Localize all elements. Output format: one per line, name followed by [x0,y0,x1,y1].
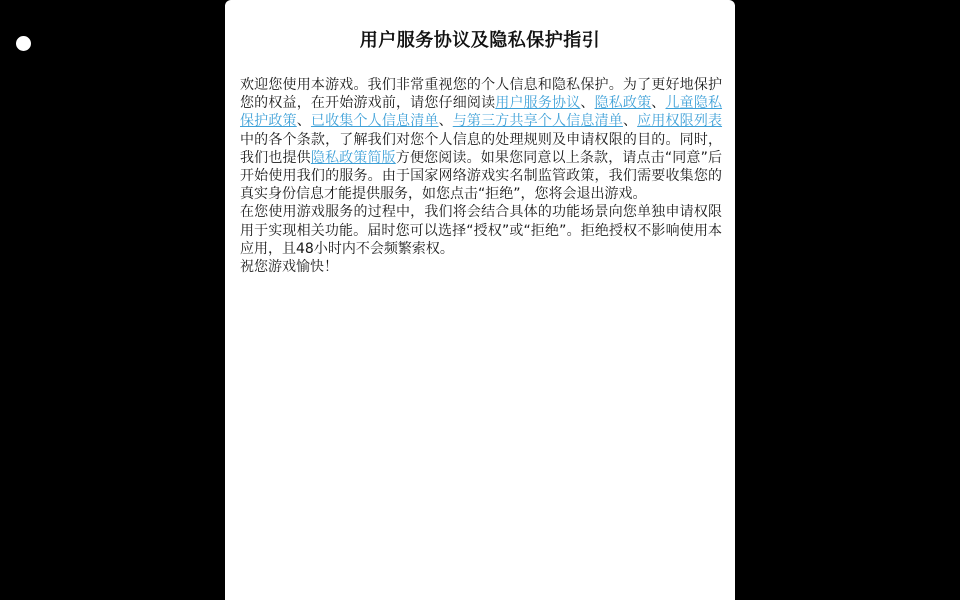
dialog-title: 用户服务协议及隐私保护指引 [225,26,735,52]
separator: 、 [580,95,594,111]
privacy-agreement-dialog: 用户服务协议及隐私保护指引 欢迎您使用本游戏。我们非常重视您的个人信息和隐私保护… [225,0,735,600]
separator: 、 [297,113,311,129]
separator: 、 [651,95,665,111]
third-party-sharing-list-link[interactable]: 与第三方共享个人信息清单 [453,113,623,129]
separator: 、 [439,113,453,129]
agreement-paragraph-3: 祝您游戏愉快！ [240,258,722,276]
dialog-body: 欢迎您使用本游戏。我们非常重视您的个人信息和隐私保护。为了更好地保护您的权益，在… [240,76,722,276]
privacy-policy-link[interactable]: 隐私政策 [595,95,652,111]
separator: 、 [623,113,637,129]
agreement-paragraph-1: 欢迎您使用本游戏。我们非常重视您的个人信息和隐私保护。为了更好地保护您的权益，在… [240,76,722,203]
app-permissions-list-link[interactable]: 应用权限列表 [637,113,722,129]
agreement-paragraph-2: 在您使用游戏服务的过程中，我们将会结合具体的功能场景向您单独申请权限用于实现相关… [240,203,722,258]
user-agreement-link[interactable]: 用户服务协议 [495,95,580,111]
privacy-summary-link[interactable]: 隐私政策简版 [311,150,396,166]
floating-dot-icon[interactable] [16,36,31,51]
collected-info-list-link[interactable]: 已收集个人信息清单 [311,113,439,129]
